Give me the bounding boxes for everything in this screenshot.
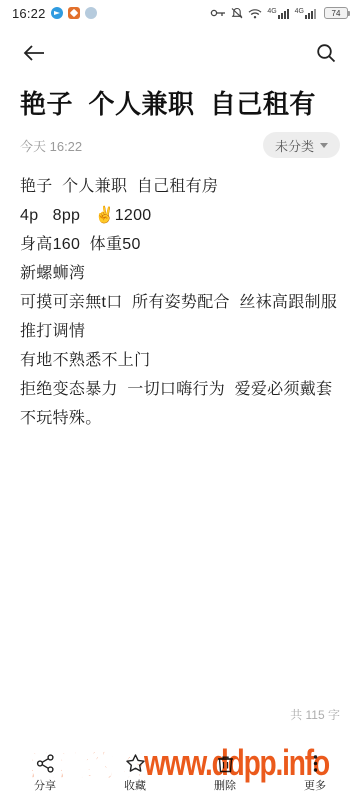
char-count: 共 115 字	[290, 706, 340, 723]
delete-label: 删除	[214, 777, 236, 793]
chevron-down-icon	[320, 143, 328, 148]
wifi-icon	[248, 8, 262, 19]
status-time: 16:22	[12, 6, 46, 21]
note-title: 艳子 个人兼职 自己租有	[20, 86, 340, 122]
search-icon	[316, 43, 336, 68]
bottom-toolbar: 分享 收藏 删除 更多	[0, 740, 360, 800]
victory-hand-emoji: ✌	[94, 207, 114, 224]
search-button[interactable]	[312, 41, 340, 69]
note-body-line: 4p 8pp ✌1200	[20, 201, 340, 230]
phone-screen: 16:22 4G 4G 74	[0, 0, 360, 800]
more-dots-icon	[305, 753, 326, 774]
status-bar: 16:22 4G 4G 74	[0, 0, 360, 26]
notification-misc-icon	[85, 7, 97, 19]
note-body-line: 可摸可亲無t口 所有姿势配合 丝袜高跟制服	[20, 288, 340, 317]
app-bar	[0, 26, 360, 84]
share-button[interactable]: 分享	[0, 740, 90, 800]
more-button[interactable]: 更多	[270, 740, 360, 800]
share-label: 分享	[34, 777, 56, 793]
star-icon	[125, 753, 146, 774]
battery-icon: 74	[324, 7, 348, 19]
favorite-label: 收藏	[124, 777, 146, 793]
note-body-line: 不玩特殊。	[20, 404, 340, 433]
note-header: 艳子 个人兼职 自己租有 今天 16:22 未分类	[0, 84, 360, 158]
signal-bars-sim1: 4G	[267, 8, 289, 19]
battery-percent: 74	[332, 9, 341, 18]
category-label: 未分类	[275, 136, 314, 155]
signal-bars-sim2: 4G	[295, 8, 317, 19]
share-icon	[35, 753, 56, 774]
note-body-line: 有地不熟悉不上门	[20, 346, 340, 375]
note-body-line: 新螺蛳湾	[20, 259, 340, 288]
mute-bell-icon	[231, 7, 243, 19]
note-date: 今天 16:22	[20, 136, 82, 155]
note-body[interactable]: 艳子 个人兼职 自己租有房4p 8pp ✌1200身高160 体重50新螺蛳湾可…	[0, 172, 360, 433]
back-arrow-icon	[23, 44, 45, 67]
notification-app-icon	[68, 7, 80, 19]
trash-icon	[215, 753, 236, 774]
notification-messenger-icon	[51, 7, 63, 19]
category-pill[interactable]: 未分类	[263, 132, 340, 158]
delete-button[interactable]: 删除	[180, 740, 270, 800]
vpn-key-icon	[210, 8, 226, 18]
note-body-line: 身高160 体重50	[20, 230, 340, 259]
note-body-line: 艳子 个人兼职 自己租有房	[20, 172, 340, 201]
more-label: 更多	[304, 777, 326, 793]
note-body-line: 推打调情	[20, 317, 340, 346]
note-body-line: 拒绝变态暴力 一切口嗨行为 爱爱必须戴套	[20, 375, 340, 404]
back-button[interactable]	[20, 41, 48, 69]
favorite-button[interactable]: 收藏	[90, 740, 180, 800]
